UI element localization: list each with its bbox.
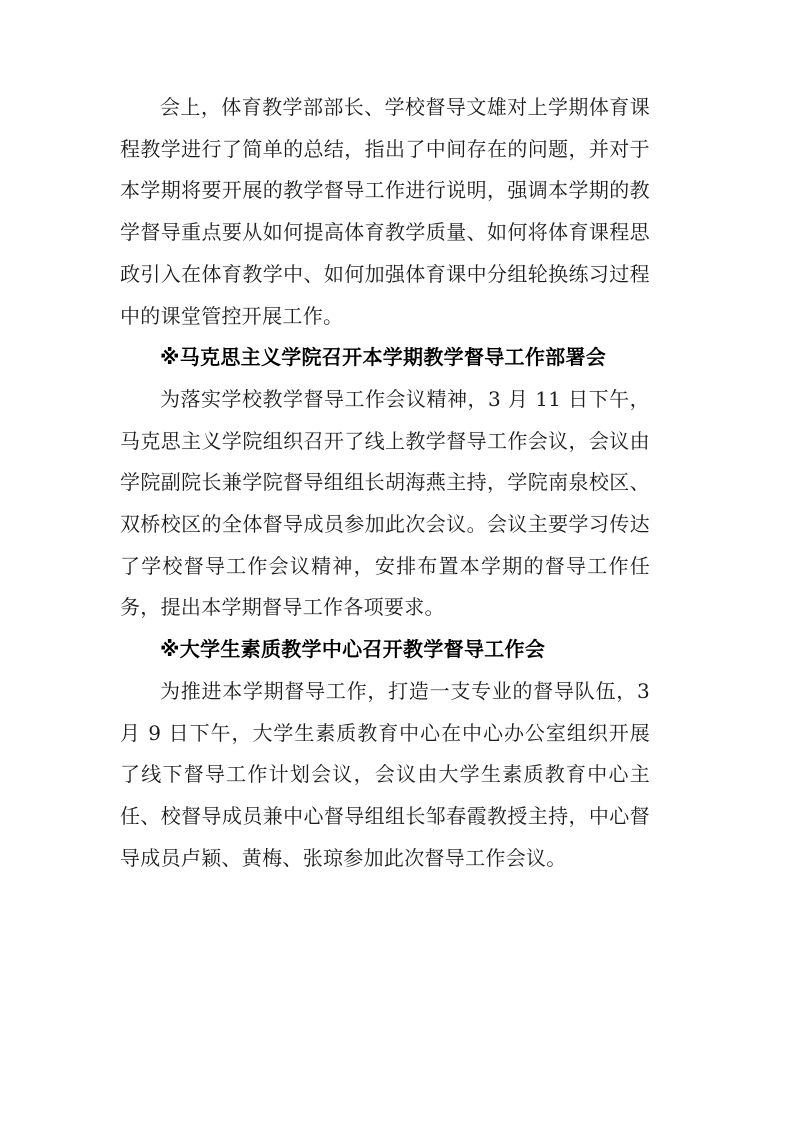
document-content: 会上，体育教学部部长、学校督导文雄对上学期体育课程教学进行了简单的总结，指出了中… bbox=[120, 87, 650, 879]
paragraph-marxism-college-meeting: 为落实学校教学督导工作会议精神，3 月 11 日下午，马克思主义学院组织召开了线… bbox=[120, 379, 650, 629]
heading-marxism-college-meeting: ※马克思主义学院召开本学期教学督导工作部署会 bbox=[120, 337, 650, 379]
paragraph-student-quality-center-meeting: 为推进本学期督导工作，打造一支专业的督导队伍，3 月 9 日下午，大学生素质教育… bbox=[120, 671, 650, 880]
document-page: 会上，体育教学部部长、学校督导文雄对上学期体育课程教学进行了简单的总结，指出了中… bbox=[0, 0, 793, 1122]
heading-student-quality-center-meeting: ※大学生素质教学中心召开教学督导工作会 bbox=[120, 629, 650, 671]
paragraph-sports-supervision-summary: 会上，体育教学部部长、学校督导文雄对上学期体育课程教学进行了简单的总结，指出了中… bbox=[120, 87, 650, 337]
